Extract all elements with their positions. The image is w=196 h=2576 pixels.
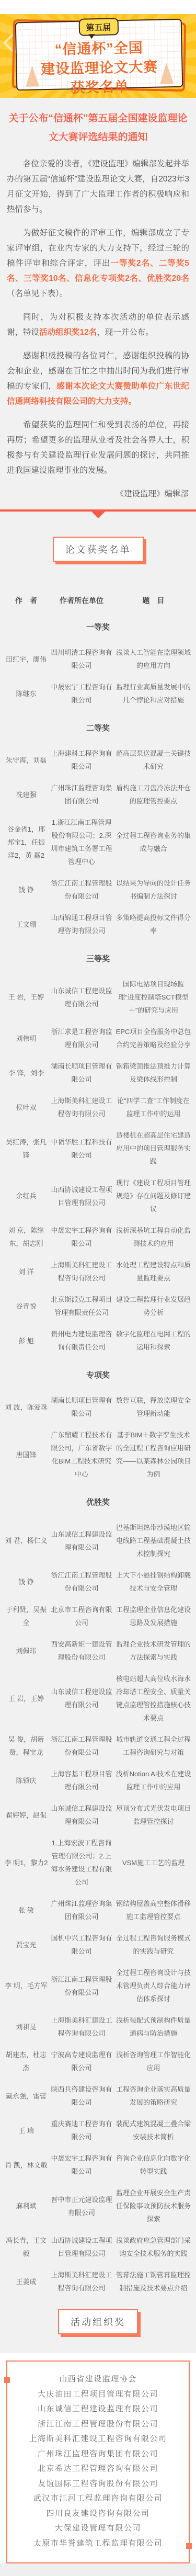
org-item: 山西省建设监理协会 [9, 2372, 187, 2387]
body-text: （名单见下表）。 [7, 289, 67, 298]
cell-author: 刘 洋 [4, 1265, 48, 1278]
cell-unit: 北京斯派克工程项目管理有限责任公司 [50, 1293, 113, 1319]
cell-title: 上大下小悬挂钢结构卸载技术与安全管理 [115, 1569, 192, 1595]
table-row: 戴永强，雷蕾陕西兵咨建设咨询有限公司工程咨询企业落实高质量发展的策略研究 [4, 2083, 192, 2109]
org-item: 大保建设管理有限公司 [9, 2521, 187, 2536]
cell-unit: 1.上海宏波工程咨询管理有限公司；2.上海水务建设工程有限公司 [50, 1836, 113, 1889]
cell-title: 钢结构屋盖高空整体滑移施工监理管控要点 [115, 1897, 192, 1923]
body-text: 希望获奖的监理同仁和受到表扬的单位，再接再厉；希望更多的监理从业者及社会各界人士… [7, 421, 189, 475]
table-row: 冯长青，王文毅山西协诚建设工程项目管理有限公司浅谈政府应急管理部门采购安全技术服… [4, 2234, 192, 2260]
cell-author: 王文珊 [4, 918, 48, 931]
notice-paragraphs: 各位亲爱的读者，《建设监理》编辑部发起并举办的第五届“信通杯”建设监理论文大赛，… [0, 152, 196, 478]
cell-unit: 山东诚信工程建设监理有限公司 [50, 1802, 113, 1828]
cell-author: 吴红涛，张凡锋 [4, 1136, 48, 1162]
org-box-title-wrap: 活动组织奖 [0, 2309, 196, 2334]
cell-unit: 西安高新矩一建设管理股份有限公司 [50, 1638, 113, 1664]
cell-unit: 中晟宏宇工程咨询有限公司 [50, 1224, 113, 1250]
award-section-title: 二等奖 [4, 722, 192, 733]
cell-author: 侯叶双 [4, 1101, 48, 1114]
edition-badge: 第五届 [78, 18, 119, 36]
table-row: 李 明1，黎力21.上海宏波工程咨询管理有限公司；2.上海水务建设工程有限公司V… [4, 1836, 192, 1889]
cell-unit: 中韬华胜工程科技有限公司 [50, 1136, 113, 1162]
org-list: 山西省建设监理协会大庆油田工程项目管理有限公司山东诚信工程建设监理有限公司浙江江… [9, 2372, 187, 2551]
table-row: 张 敏广州珠江监理咨询集团有限公司钢结构屋盖高空整体滑移施工监理管控要点 [4, 1897, 192, 1923]
table-row: 王 岩，王婷山东诚信工程建设监理有限公司核电站超大高位收水海水冷却塔工程安全、质… [4, 1672, 192, 1724]
banner-title-line-2: 建设监理论文大赛 [17, 57, 182, 80]
award-section-title: 一等奖 [4, 621, 192, 632]
table-row: 陈锁庆上海容基工程项目管理有限公司浅析Notion AI技术在建设监理工作中的应… [4, 1767, 192, 1794]
cell-author: 谷金省1，邢邦宝1，任振洋2，黄 磊2 [4, 823, 48, 862]
cell-title: 工程咨询企业落实高质量发展的策略研究 [115, 2083, 192, 2109]
table-row: 吴红涛，张凡锋中韬华胜工程科技有限公司造楼机在超高层住宅建造应用中的项目管理服务… [4, 1129, 192, 1168]
highlighted-text: 活动组织奖12名 [39, 328, 97, 337]
org-item: 山东诚信工程建设监理有限公司 [9, 2402, 187, 2417]
cell-unit: 湖南长顺项目管理有限公司 [50, 1060, 113, 1086]
table-row: 余红兵山西协诚建设工程项目管理有限公司现行《建设工程项目管理规范》存在问题及修订… [4, 1176, 192, 1216]
cell-title: VSM施工工艺的监理 [115, 1856, 192, 1869]
table-row: 刘 京，陈继东，胡志刚中晟宏宇工程咨询有限公司浅析深基坑工程自动化监测技术的应用 [4, 1224, 192, 1250]
cell-unit: 贵州电力建设监理咨询有限责任公司 [50, 1327, 113, 1354]
top-white-strip [0, 0, 196, 14]
cell-title: 建设工程监理行业发展趋势分析 [115, 1293, 192, 1319]
cell-unit: 上海斯美科汇建设工程咨询有限公司 [50, 1094, 113, 1120]
cell-title: 工程监理企业信息化建设思路及发展措施 [115, 1603, 192, 1629]
cell-author: 陈锁庆 [4, 1774, 48, 1787]
cell-title: 基于BIM＋数字孪生技术的全过程工程咨询应用研究——以某森林公园项目为例 [115, 1428, 192, 1481]
cell-author: 刘伟明 [4, 1032, 48, 1045]
cell-unit: 上海斯美科汇建设工程咨询有限公司 [50, 2268, 113, 2295]
cell-title: 现行《建设工程项目管理规范》存在问题及修订建议 [115, 1176, 192, 1216]
cell-title: 监理行业高质量发展中的几个悖论和应对措施 [115, 680, 192, 707]
cell-author: 谷青悦 [4, 1300, 48, 1313]
banner-panel: 第五届 “信通杯”全国 建设监理论文大赛 获奖名单 [15, 19, 183, 91]
cell-title: 屋顶分布式光伏发电项目监理管控探讨 [115, 1802, 192, 1828]
footer-strip [0, 2563, 196, 2576]
cell-unit: 浙江江南工程管理股份有限公司 [50, 1569, 113, 1595]
cell-unit: 浙江求是工程咨询监理有限公司 [50, 1025, 113, 1051]
cell-title: 浅谈人工智能在监理领域的应用方向 [115, 646, 192, 672]
cell-author: 麻利斌 [4, 2199, 48, 2212]
arrow-down-icon [91, 512, 105, 518]
cell-author: 李 明1，黎力2 [4, 1856, 48, 1869]
cell-unit: 中晟宏宇工程咨询有限公司 [50, 680, 113, 707]
cell-title: 管幕法施工钢管幕监理控制措施及技术要点介绍 [115, 2268, 192, 2295]
cell-unit: 山东诚信工程建设监理有限公司 [50, 1685, 113, 1711]
cell-unit: 中晟宏宇工程咨询有限公司 [50, 2152, 113, 2178]
awards-table: 作 者 作者所在单位 题 目 一等奖田红宇，廖伟四川明清工程咨询有限公司浅谈人工… [0, 580, 196, 2295]
cell-title: EPC项目全咨服务中总包合约完善策略及经验分享 [115, 1025, 192, 1051]
cell-title: 核电站超大高位收水海水冷却塔工程安全、质量关键点监理管控措施核心技术要点 [115, 1672, 192, 1724]
signature: 《建设监理》编辑部 [0, 486, 196, 509]
table-row: 李 明，毛方军浙江江南工程管理股份有限公司全过程工程咨询设计与技术管理负责人综合… [4, 1966, 192, 2005]
banner-title-line-3: 获奖名单 [17, 76, 182, 98]
cell-unit: 陕西兵咨建设咨询有限公司 [50, 2083, 113, 2109]
org-item: 友谊国际工程咨询股份有限公司 [9, 2477, 187, 2492]
cell-title: 城市轨道交通工程全过程工程咨询研究与对策 [115, 1733, 192, 1759]
org-item: 浙江江南工程管理股份有限公司 [9, 2417, 187, 2432]
table-row: 王文珊山西锦通工程项目管理咨询有限公司多策略提高投标文件得分率 [4, 911, 192, 937]
table-row: 钱 铮浙江江南工程管理股份有限公司以结果为导向的设计任务书编制方法探讨 [4, 877, 192, 903]
cell-unit: 重庆赛迪工程咨询有限公司 [50, 2117, 113, 2143]
cell-author: 钱 铮 [4, 1575, 48, 1588]
paragraph: 各位亲爱的读者，《建设监理》编辑部发起并举办的第五届“信通杯”建设监理论文大赛，… [7, 156, 189, 217]
header-banner: 第五届 “信通杯”全国 建设监理论文大赛 获奖名单 [0, 14, 196, 98]
org-item: 太原市华誉建筑工程监理有限公司 [9, 2536, 187, 2551]
cell-author: 钱 铮 [4, 883, 48, 897]
cell-unit: 上海斯美科汇建设工程咨询有限公司 [50, 1258, 113, 1285]
cell-title: 盾构施工刀盘冷冻法开仓的监理管控要点 [115, 781, 192, 808]
cell-title: 全过程工程咨询设计与技术管理负责人综合能力评估体系探讨 [115, 1966, 192, 2005]
table-header: 作 者 作者所在单位 题 目 [4, 595, 192, 606]
cell-title: 数智互联，释放监理安全管理新动能 [115, 1394, 192, 1420]
award-section-title: 专项奖 [4, 1369, 192, 1380]
org-item: 武汉市江河工程监理咨询有限公司 [9, 2491, 187, 2506]
table-row: 刘佩玮西安高新矩一建设管理股份有限公司监理企业技术研发管理的方法探索与实践 [4, 1638, 192, 1664]
cell-author: 王 岩，王婷 [4, 1692, 48, 1705]
table-row: 麻利斌晋中市正元建设监理有限公司监理企业开展安全生产责任保险事故预防技术服务探索 [4, 2186, 192, 2226]
paragraph: 希望获奖的监理同仁和受到表扬的单位，再接再厉；希望更多的监理从业者及社会各界人士… [7, 417, 189, 478]
cell-title: 监理企业技术研发管理的方法探索与实践 [115, 1638, 192, 1664]
cell-unit: 浙江江南工程管理股份有限公司 [50, 1973, 113, 1999]
award-section-title: 优胜奖 [4, 1496, 192, 1507]
cell-author: 冼建强 [4, 788, 48, 801]
cell-title: 咨询企业信息化向数字化转型实践 [115, 2152, 192, 2178]
table-row: 冼建强广州珠江监理咨询集团有限公司盾构施工刀盘冷冻法开仓的监理管控要点 [4, 781, 192, 808]
cell-unit: 广东鼎耀工程技术有限公司，广东省数字化BIM工程技术研究中心 [50, 1428, 113, 1481]
cell-title: 装配式建筑混凝土叠合梁安装技术简析 [115, 2117, 192, 2143]
org-award-box: 山西省建设监理协会大庆油田工程项目管理有限公司山东诚信工程建设监理有限公司浙江江… [6, 2361, 190, 2563]
cell-author: 刘 波，陈爱珠 [4, 1401, 48, 1414]
table-row: 侯叶双上海斯美科汇建设工程咨询有限公司论“四学二查”工作制度在监理工作中的运用 [4, 1094, 192, 1120]
cell-unit: 国机中兴工程咨询有限公司 [50, 1932, 113, 1958]
table-row: 刘祺旻上海斯美科汇建设工程咨询有限公司浅析装配式预制构件质量通病与防治措施 [4, 2014, 192, 2040]
cell-title: 以结果为导向的设计任务书编制方法探讨 [115, 877, 192, 903]
article-body: 关于公布“信通杯”第五届全国建设监理论文大赛评选结果的通知 各位亲爱的读者，《建… [0, 98, 196, 2353]
cell-title: 浅谈政府应急管理部门采购安全技术服务的实践 [115, 2234, 192, 2260]
cell-author: 于利贤，吴振全 [4, 1603, 48, 1629]
table-row: 吴 俊，胡新赞，程宝龙浙江江南工程管理股份有限公司城市轨道交通工程全过程工程咨询… [4, 1733, 192, 1759]
cell-unit: 上海建科工程咨询有限公司 [50, 747, 113, 773]
cell-author: 王 瑞 [4, 2124, 48, 2137]
table-row: 于利贤，吴振全北京市工程咨询有限公司工程监理企业信息化建设思路及发展措施 [4, 1603, 192, 1629]
cell-author: 李 锋，刘李 [4, 1066, 48, 1080]
cell-author: 余红兵 [4, 1189, 48, 1202]
cell-author: 李 明，毛方军 [4, 1979, 48, 1992]
cell-unit: 浙江江南工程管理股份有限公司 [50, 877, 113, 903]
org-item: 大庆油田工程项目管理有限公司 [9, 2387, 187, 2402]
cell-unit: 四川明清工程咨询有限公司 [50, 646, 113, 672]
paragraph: 同时，为对积极支持本次活动的单位表示感谢，特设活动组织奖12名，现一并公布。 [7, 310, 189, 340]
cell-author: 唐国锋 [4, 1448, 48, 1461]
cell-author: 朱守海，刘磊 [4, 754, 48, 767]
cell-author: 刘 君，杨仁义 [4, 1534, 48, 1547]
cell-unit: 浙江江南工程管理股份有限公司 [50, 1733, 113, 1759]
cell-unit: 广州珠江监理咨询集团有限公司 [50, 1897, 113, 1923]
body-text: ，现一并公布。 [97, 328, 154, 337]
cell-unit: 上海容基工程项目管理有限公司 [50, 1767, 113, 1794]
awards-box-title-wrap: 论文获奖名单 [0, 537, 196, 562]
org-box-title: 活动组织奖 [58, 2309, 138, 2334]
cell-title: 造楼机在超高层住宅建造应用中的项目管理服务实践 [115, 1129, 192, 1168]
table-row: 谷青悦北京斯派克工程项目管理有限责任公司建设工程监理行业发展趋势分析 [4, 1293, 192, 1319]
table-sections: 一等奖田红宇，廖伟四川明清工程咨询有限公司浅谈人工智能在监理领域的应用方向陈继东… [4, 621, 192, 2295]
cell-title: 浅析Notion AI技术在建设监理工作中的应用 [115, 1767, 192, 1794]
cell-author: 彭 旭 [4, 1334, 48, 1347]
cell-unit: 山西协诚建设工程项目管理有限公司 [50, 2234, 113, 2260]
cell-author: 田红宇，廖伟 [4, 653, 48, 666]
article-page: 第五届 “信通杯”全国 建设监理论文大赛 获奖名单 关于公布“信通杯”第五届全国… [0, 0, 196, 2576]
cell-author: 戴永强，雷蕾 [4, 2090, 48, 2103]
paragraph: 感谢积极投稿的各位同仁，感谢组织投稿的协会和企业，感谢在百忙之中抽出时间为我们进… [7, 348, 189, 409]
cell-author: 冯长青，王文毅 [4, 2234, 48, 2260]
cell-author: 胡建杰，杜志杰 [4, 2048, 48, 2074]
table-row: 钱 铮浙江江南工程管理股份有限公司上大下小悬挂钢结构卸载技术与安全管理 [4, 1569, 192, 1595]
table-row: 李 锋，刘李湖南长顺项目管理有限公司钢箱梁顶推法顶推力计算及梁体线形控制 [4, 1060, 192, 1086]
cell-title: 全过程工程咨询业务的集成与融合 [115, 829, 192, 855]
cell-title: 超高层泵送混凝土关键技术研究 [115, 747, 192, 773]
cell-unit: 1.浙江江南工程管理股份有限公司；2.深圳市建筑工务署工程管理中心 [50, 816, 113, 868]
cell-author: 王姜成 [4, 2275, 48, 2288]
cell-author: 王 岩，王婷 [4, 991, 48, 1004]
header-author: 作 者 [4, 595, 48, 606]
cell-title: 国际电站项目现场监理“进度控制塔SCT模型＋”的研究与应用 [115, 978, 192, 1017]
banner-title: “信通杯”全国 建设监理论文大赛 获奖名单 [16, 38, 182, 98]
cell-unit: 宁波高专建设监理有限公司 [50, 2048, 113, 2074]
cell-title: 浅析装配式预制构件质量通病与防治措施 [115, 2014, 192, 2040]
org-item: 北京希达工程管理咨询有限公司 [9, 2461, 187, 2477]
table-row: 贾宝光国机中兴工程咨询有限公司全过程工程咨询服务模式的实践与研究 [4, 1932, 192, 1958]
table-row: 刘 洋上海斯美科汇建设工程咨询有限公司水处理工程建设特点和质量监理要点 [4, 1258, 192, 1285]
table-row: 彭 旭贵州电力建设监理咨询有限责任公司数字化监理在电网工程的运用和探索 [4, 1327, 192, 1354]
cell-unit: 晋中市正元建设监理有限公司 [50, 2193, 113, 2219]
table-row: 朱守海，刘磊上海建科工程咨询有限公司超高层泵送混凝土关键技术研究 [4, 747, 192, 773]
cell-unit: 上海斯美科汇建设工程咨询有限公司 [50, 2014, 113, 2040]
table-row: 翟婷婷，赵侃山东诚信工程建设监理有限公司屋顶分布式光伏发电项目监理管控探讨 [4, 1802, 192, 1828]
cell-unit: 山东诚信工程建设监理有限公司 [50, 1528, 113, 1554]
cell-author: 张 敏 [4, 1904, 48, 1917]
cell-title: 浅析咨询管理工作智能化应用 [115, 2048, 192, 2074]
cell-unit: 湖南长顺项目管理有限公司 [50, 1394, 113, 1420]
cell-author: 翟婷婷，赵侃 [4, 1809, 48, 1822]
table-row: 王 岩，王婷山东诚信工程建设监理有限公司国际电站项目现场监理“进度控制塔SCT模… [4, 978, 192, 1017]
square-bullet-icon [4, 2377, 10, 2383]
table-row: 王姜成上海斯美科汇建设工程咨询有限公司管幕法施工钢管幕监理控制措施及技术要点介绍 [4, 2268, 192, 2295]
org-item: 上海斯美科汇建设工程咨询有限公司 [9, 2432, 187, 2447]
cell-author: 吴 俊，胡新赞，程宝龙 [4, 1733, 48, 1759]
cell-title: 数字化监理在电网工程的运用和探索 [115, 1327, 192, 1354]
paragraph: 为做好征文稿件的评审工作，编辑部成立了专家评审组，在业内专家的大力支持下，经过三… [7, 225, 189, 301]
table-row: 肖 凯，林文敏中晟宏宇工程咨询有限公司咨询企业信息化向数字化转型实践 [4, 2152, 192, 2178]
section-divider [0, 509, 196, 522]
body-text: 各位亲爱的读者，《建设监理》编辑部发起并举办的第五届“信通杯”建设监理论文大赛，… [7, 160, 189, 214]
table-row: 刘伟明浙江求是工程咨询监理有限公司EPC项目全咨服务中总包合约完善策略及经验分享 [4, 1025, 192, 1051]
cell-title: 全过程工程咨询服务模式的实践与研究 [115, 1932, 192, 1958]
cell-author: 肖 凯，林文敏 [4, 2159, 48, 2172]
cell-title: 浅析深基坑工程自动化监测技术的应用 [115, 1224, 192, 1250]
header-unit: 作者所在单位 [50, 595, 113, 606]
notice-heading: 关于公布“信通杯”第五届全国建设监理论文大赛评选结果的通知 [0, 98, 196, 152]
org-item: 四川良友建设咨询有限公司 [9, 2506, 187, 2522]
header-title: 题 目 [115, 595, 192, 606]
org-award-section: 山西省建设监理协会大庆油田工程项目管理有限公司山东诚信工程建设监理有限公司浙江江… [0, 2353, 196, 2563]
table-row: 唐国锋广东鼎耀工程技术有限公司，广东省数字化BIM工程技术研究中心基于BIM＋数… [4, 1428, 192, 1481]
cell-title: 论“四学二查”工作制度在监理工作中的运用 [115, 1094, 192, 1120]
cell-title: 监理企业开展安全生产责任保险事故预防技术服务探索 [115, 2186, 192, 2226]
cell-unit: 山西锦通工程项目管理咨询有限公司 [50, 911, 113, 937]
table-row: 田红宇，廖伟四川明清工程咨询有限公司浅谈人工智能在监理领域的应用方向 [4, 646, 192, 672]
cell-author: 刘祺旻 [4, 2021, 48, 2034]
cell-title: 多策略提高投标文件得分率 [115, 911, 192, 937]
award-section-title: 三等奖 [4, 953, 192, 964]
square-bullet-icon [186, 2543, 192, 2549]
cell-author: 刘佩玮 [4, 1644, 48, 1658]
cell-title: 水处理工程建设特点和质量监理要点 [115, 1258, 192, 1285]
cell-unit: 北京市工程咨询有限公司 [50, 1603, 113, 1629]
table-row: 陈继东中晟宏宇工程咨询有限公司监理行业高质量发展中的几个悖论和应对措施 [4, 680, 192, 707]
org-item: 广州珠江监理咨询集团有限公司 [9, 2447, 187, 2462]
table-row: 谷金省1，邢邦宝1，任振洋2，黄 磊21.浙江江南工程管理股份有限公司；2.深圳… [4, 816, 192, 868]
cell-unit: 山西协诚建设工程项目管理有限公司 [50, 1183, 113, 1209]
table-row: 刘 君，杨仁义山东诚信工程建设监理有限公司巴基斯坦热带沙漠地区输电线路工程基础混… [4, 1521, 192, 1560]
cell-author: 陈继东 [4, 687, 48, 700]
table-row: 刘 波，陈爱珠湖南长顺项目管理有限公司数智互联，释放监理安全管理新动能 [4, 1394, 192, 1420]
cell-title: 钢箱梁顶推法顶推力计算及梁体线形控制 [115, 1060, 192, 1086]
cell-unit: 广州珠江监理咨询集团有限公司 [50, 781, 113, 808]
cell-author: 刘 京，陈继东，胡志刚 [4, 1224, 48, 1250]
awards-box-title: 论文获奖名单 [53, 537, 144, 562]
table-row: 胡建杰，杜志杰宁波高专建设监理有限公司浅析咨询管理工作智能化应用 [4, 2048, 192, 2074]
cell-author: 贾宝光 [4, 1938, 48, 1951]
cell-unit: 山东诚信工程建设监理有限公司 [50, 984, 113, 1011]
table-row: 王 瑞重庆赛迪工程咨询有限公司装配式建筑混凝土叠合梁安装技术简析 [4, 2117, 192, 2143]
cell-title: 巴基斯坦热带沙漠地区输电线路工程基础混凝土技术控制探究 [115, 1521, 192, 1560]
